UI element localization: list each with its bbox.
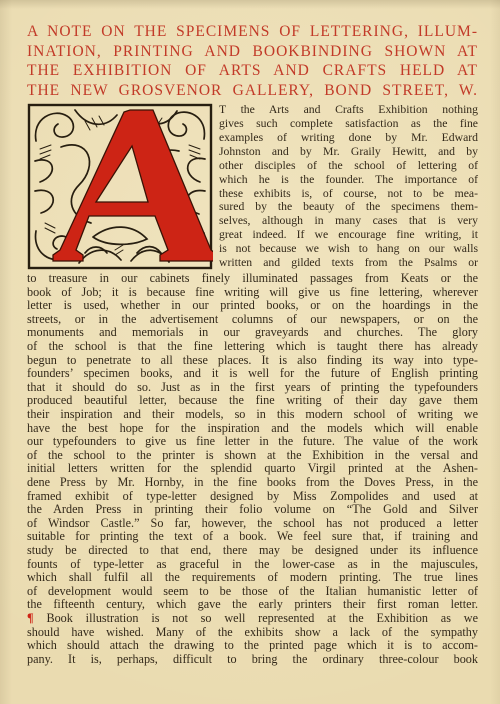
drop-cap-letter-shape bbox=[53, 110, 213, 261]
text-line: of the school to the printer is shown at… bbox=[27, 449, 478, 463]
text-line: which should attach the drawing to the p… bbox=[27, 639, 478, 653]
text-line: founts of type-letter as graceful in the… bbox=[27, 558, 478, 572]
heading-line: INATION, PRINTING AND BOOKBINDING SHOWN … bbox=[27, 42, 478, 62]
text-line: gives such complete satisfaction as the … bbox=[219, 117, 478, 131]
text-line: initial letters written for the splendid… bbox=[27, 462, 478, 476]
text-line: founders’ specimen books, and it is well… bbox=[27, 367, 478, 381]
text-line: of Windsor Castle.” So far, however, the… bbox=[27, 517, 478, 531]
text-line: T the Arts and Crafts Exhibition nothing bbox=[219, 103, 478, 117]
text-line: should have wished. Many of the exhibits… bbox=[27, 626, 478, 640]
text-line: letter is used, whether in our printed b… bbox=[27, 299, 478, 313]
text-line: examples of writing done by Mr. Edward bbox=[219, 131, 478, 145]
text-line: the Arden Press in printing their folio … bbox=[27, 503, 478, 517]
text-line: Johnston and by Mr. Graily Hewitt, and b… bbox=[219, 145, 478, 159]
text-line: to treasure in our cabinets finely illum… bbox=[27, 272, 478, 286]
text-line: begun to penetrate to all these places. … bbox=[27, 354, 478, 368]
text-line: of development would seem to be those of… bbox=[27, 585, 478, 599]
text-column-beside-dropcap: T the Arts and Crafts Exhibition nothing… bbox=[219, 103, 478, 270]
text-line: book of Job; it is because fine writing … bbox=[27, 286, 478, 300]
drop-cap-initial-a bbox=[27, 103, 213, 270]
heading-line: A NOTE ON THE SPECIMENS OF LETTERING, IL… bbox=[27, 22, 478, 42]
text-line: our typefounders to give us fine letter … bbox=[27, 435, 478, 449]
text-line: their inspiration and their models, so i… bbox=[27, 408, 478, 422]
text-line: other disciples of the school of letteri… bbox=[219, 159, 478, 173]
text-line: have the best hope for the inspiration a… bbox=[27, 422, 478, 436]
text-line: monuments and memorials in our graveyard… bbox=[27, 326, 478, 340]
text-line: these exhibits is, of course, not to be … bbox=[219, 187, 478, 201]
text-line: produced beautiful letter, because the f… bbox=[27, 394, 478, 408]
text-line: which shall fulfil all the requirements … bbox=[27, 571, 478, 585]
book-page: A NOTE ON THE SPECIMENS OF LETTERING, IL… bbox=[0, 0, 500, 704]
heading-line: THE NEW GROSVENOR GALLERY, BOND STREET, … bbox=[27, 81, 478, 101]
text-line: pany. It is, perhaps, difficult to bring… bbox=[27, 653, 478, 667]
text-line: the fifteenth century, which gave the ea… bbox=[27, 598, 478, 612]
paragraph2-first-line-text: Book illustration is not so well represe… bbox=[46, 611, 478, 625]
text-line: selves, although in many cases that is v… bbox=[219, 214, 478, 228]
opening-section: T the Arts and Crafts Exhibition nothing… bbox=[27, 103, 478, 270]
text-line: suitable for printing the text of a book… bbox=[27, 530, 478, 544]
text-line: framed exhibit of type-letter designed b… bbox=[27, 490, 478, 504]
text-line: study be directed to that end, there may… bbox=[27, 544, 478, 558]
paragraph2-continued: should have wished. Many of the exhibits… bbox=[27, 626, 478, 667]
text-line: sured by the beauty of the specimens the… bbox=[219, 200, 478, 214]
full-width-text: to treasure in our cabinets finely illum… bbox=[27, 272, 478, 612]
pilcrow-mark: ¶ bbox=[27, 611, 34, 625]
text-line: dene Press by Mr. Hornby, in the fine bo… bbox=[27, 476, 478, 490]
text-line: streets, or in the advertisement columns… bbox=[27, 313, 478, 327]
text-line: great indeed. If we encourage fine writi… bbox=[219, 228, 478, 242]
text-line: of the school is that the fine lettering… bbox=[27, 340, 478, 354]
text-line: is not because we wish to hang on our wa… bbox=[219, 242, 478, 256]
page-heading: A NOTE ON THE SPECIMENS OF LETTERING, IL… bbox=[27, 22, 478, 100]
paragraph-start-line: ¶ Book illustration is not so well repre… bbox=[27, 612, 478, 626]
text-line: written and gilded texts from the Psalms… bbox=[219, 256, 478, 270]
text-line: that it should do so. Just as in the fir… bbox=[27, 381, 478, 395]
heading-line: THE EXHIBITION OF ARTS AND CRAFTS HELD A… bbox=[27, 61, 478, 81]
text-line: which he is the founder. The importance … bbox=[219, 173, 478, 187]
